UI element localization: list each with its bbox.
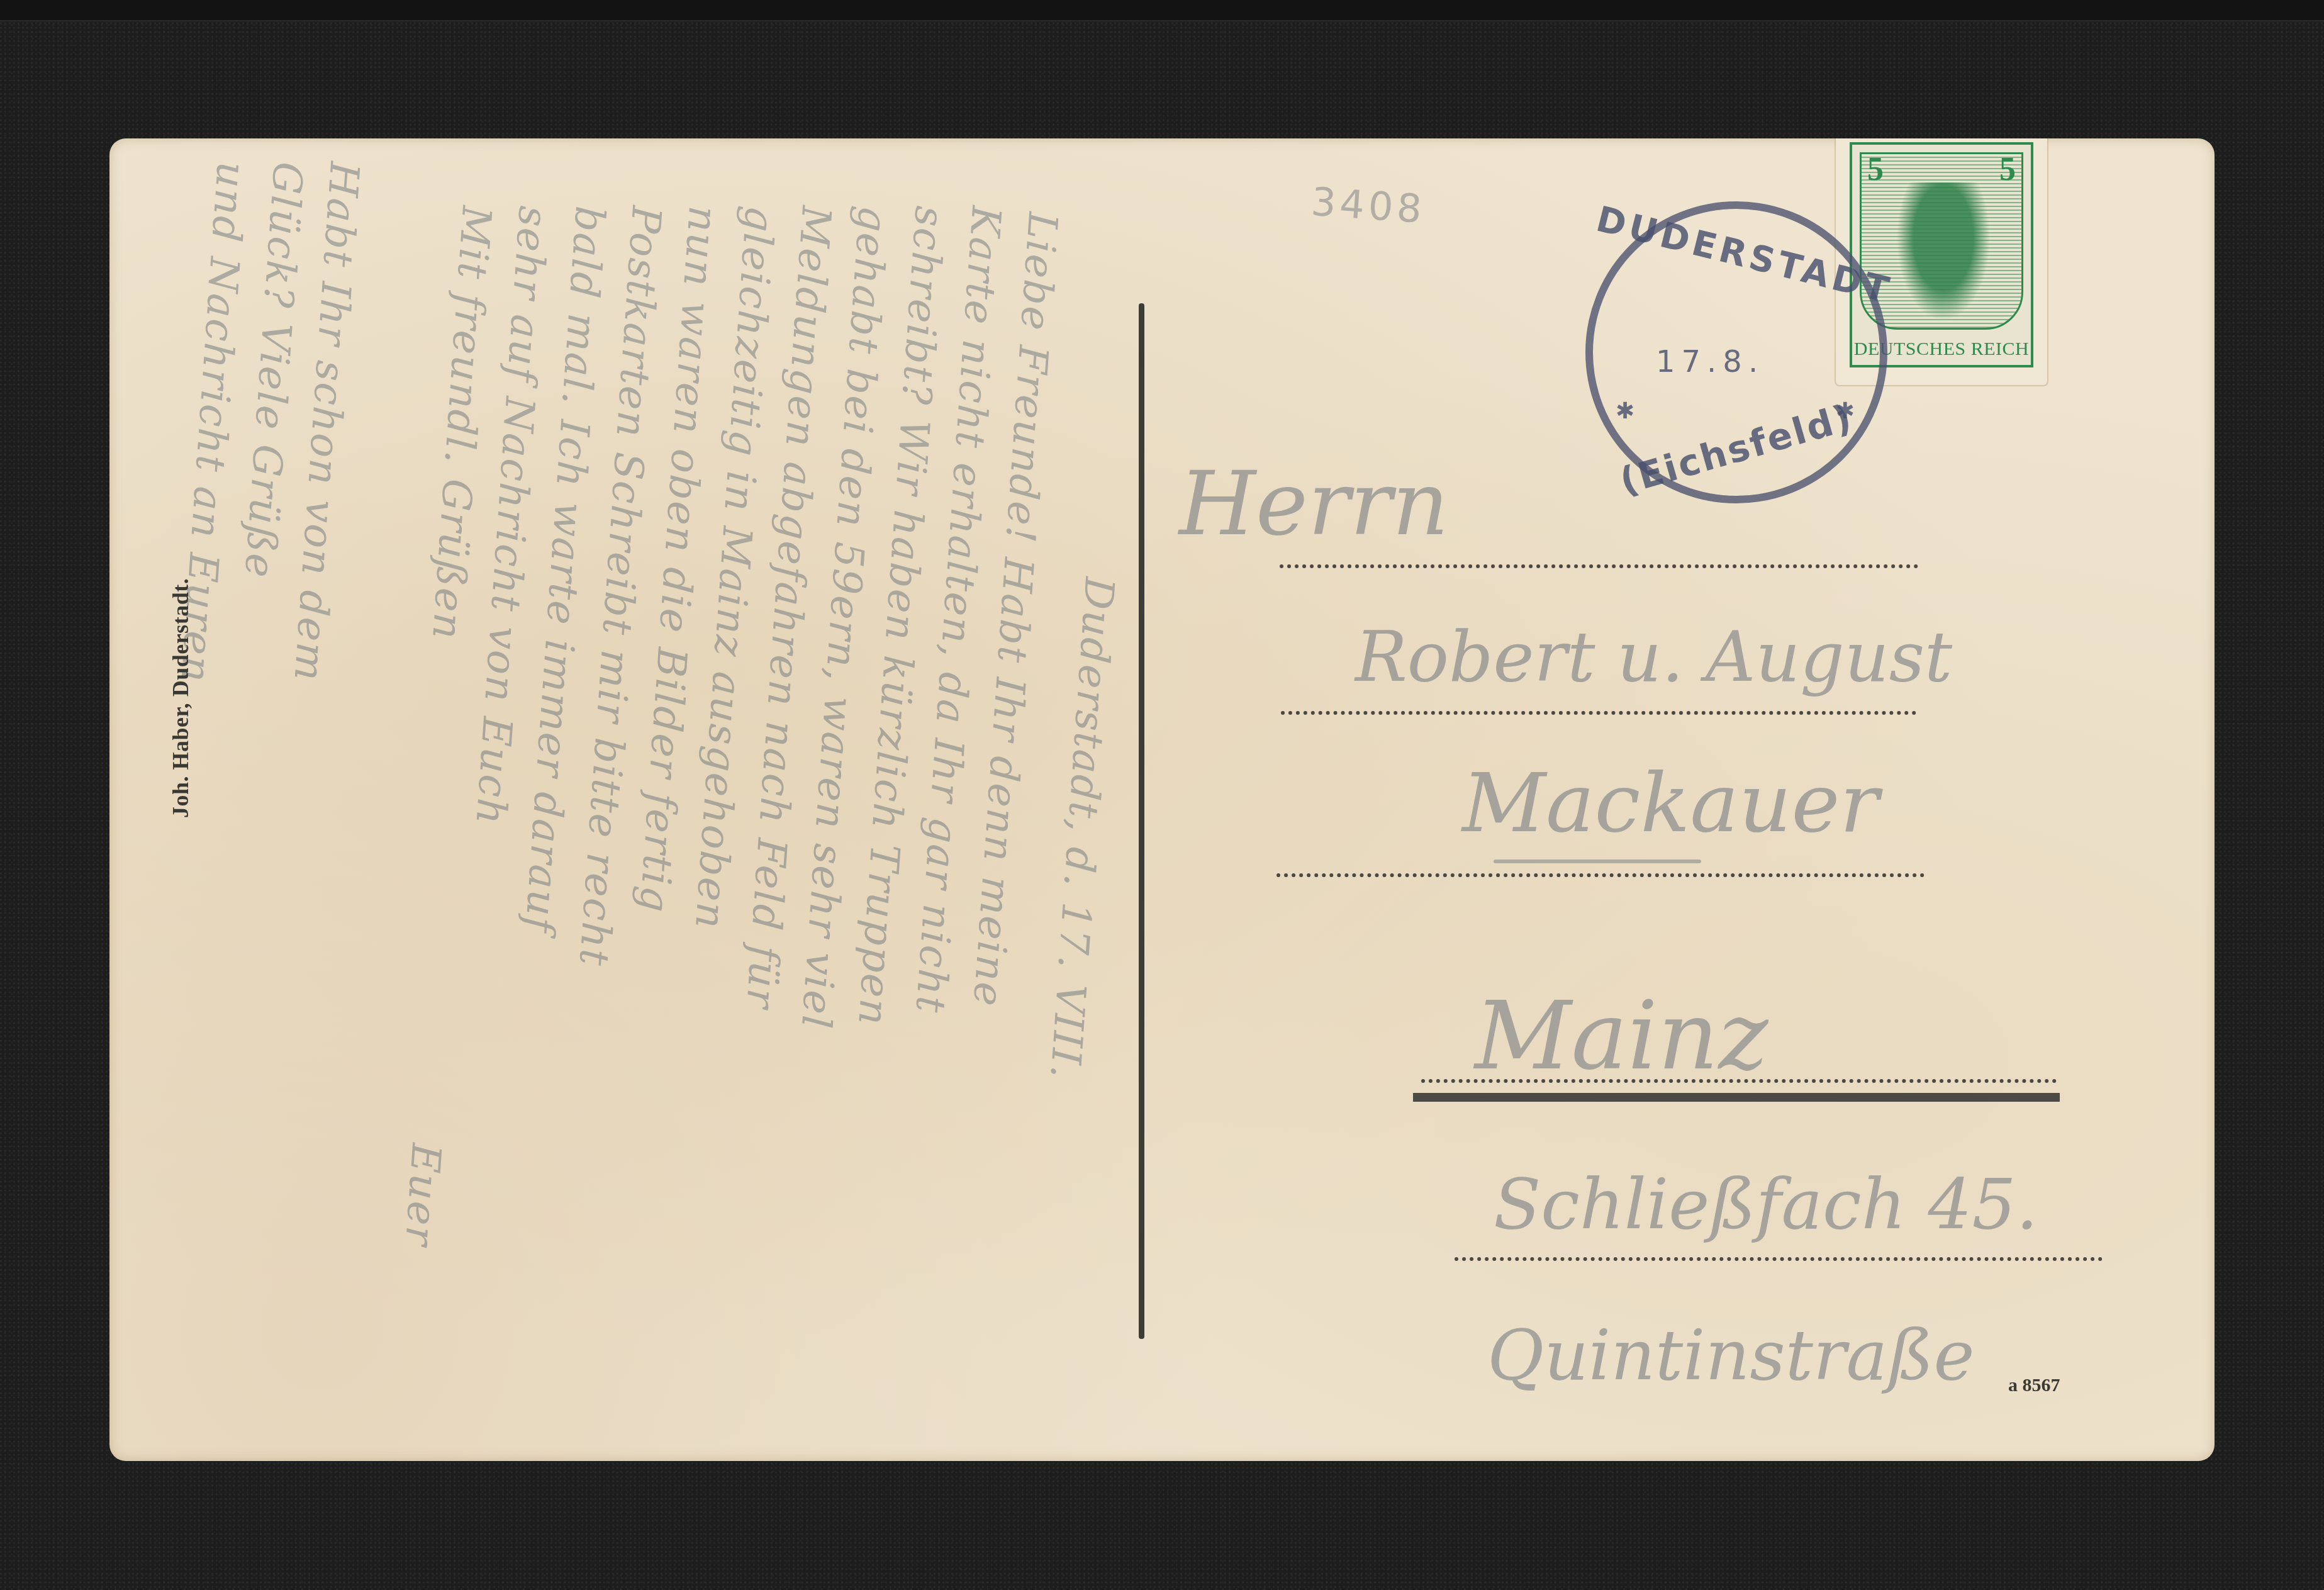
address-surname: Mackauer [1462, 755, 1879, 851]
address-names: Robert u. August [1355, 617, 1952, 697]
album-page-edge [0, 0, 2324, 21]
handwritten-message: Duderstadt, d. 17. VIII. Liebe Freunde! … [109, 138, 1129, 1461]
address-salutation: Herrn [1179, 453, 1449, 556]
message-line: Duderstadt, d. 17. VIII. [1041, 576, 1122, 1081]
address-line-1 [1280, 564, 1918, 568]
message-line: Euer [396, 1142, 449, 1248]
germania-stamp-icon [1896, 182, 1991, 321]
postmark-region: (Eichsfeld) [1592, 389, 1880, 509]
postmark-date: 17.8. [1656, 344, 1764, 379]
city-rule [1413, 1093, 2060, 1102]
surname-underline [1494, 859, 1701, 863]
publisher-imprint: Joh. Haber, Duderstadt. [167, 578, 194, 818]
pencil-inventory-number: 3408 [1310, 179, 1427, 233]
address-line-4 [1421, 1079, 2057, 1083]
stamp-value-right: 5 [1999, 151, 2016, 188]
address-line-3 [1277, 873, 1925, 877]
postmark-cancellation: DUDERSTADT 17.8. ✱ ✱ (Eichsfeld) [1585, 201, 1887, 503]
postmark-star-icon: ✱ [1616, 398, 1634, 424]
postcard: 3408 Duderstadt, d. 17. VIII. Liebe Freu… [109, 138, 2215, 1461]
address-city: Mainz [1475, 982, 1768, 1091]
address-street-extra: Quintinstraße [1487, 1315, 1975, 1396]
address-line-5 [1455, 1257, 2103, 1261]
message-address-divider [1139, 303, 1144, 1339]
address-street: Schließfach 45. [1494, 1164, 2038, 1245]
form-number: a 8567 [2008, 1375, 2060, 1396]
stamp-value-left: 5 [1867, 151, 1884, 188]
address-line-2 [1281, 711, 1916, 715]
